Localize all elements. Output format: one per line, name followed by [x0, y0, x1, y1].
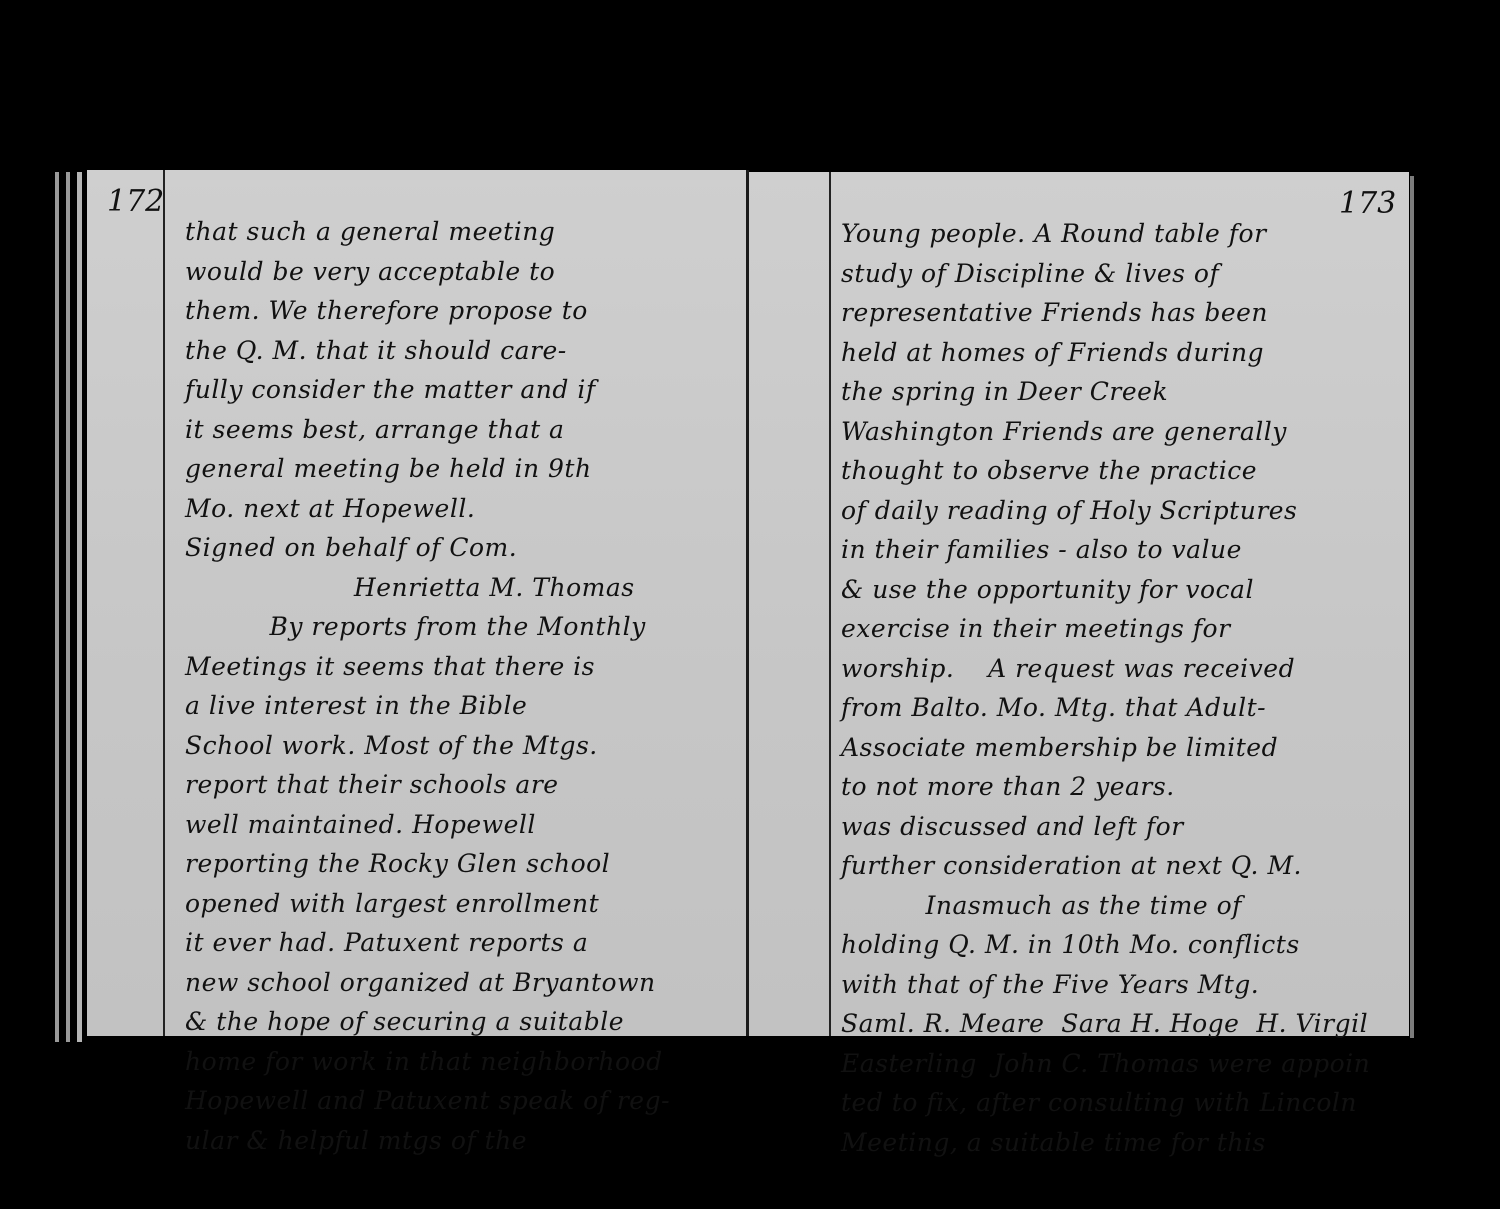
text-line: Associate membership be limited: [841, 728, 1370, 768]
text-line: report that their schools are: [185, 765, 670, 805]
text-line: them. We therefore propose to: [185, 291, 670, 331]
text-line: with that of the Five Years Mtg.: [841, 965, 1370, 1005]
text-line: School work. Most of the Mtgs.: [185, 726, 670, 766]
text-line: representative Friends has been: [841, 293, 1370, 333]
text-line: well maintained. Hopewell: [185, 805, 670, 845]
text-line: was discussed and left for: [841, 807, 1370, 847]
text-line: ular & helpful mtgs of the: [185, 1121, 670, 1161]
text-line: the Q. M. that it should care-: [185, 331, 670, 371]
text-line: thought to observe the practice: [841, 451, 1370, 491]
text-line: would be very acceptable to: [185, 252, 670, 292]
text-line: it ever had. Patuxent reports a: [185, 923, 670, 963]
binding-stripe: [66, 172, 70, 1042]
handwritten-text: Young people. A Round table for study of…: [841, 214, 1370, 1162]
text-line: Inasmuch as the time of: [841, 886, 1370, 926]
text-line: study of Discipline & lives of: [841, 254, 1370, 294]
binding-stripe: [55, 172, 59, 1042]
text-line: of daily reading of Holy Scriptures: [841, 491, 1370, 531]
text-line: Washington Friends are generally: [841, 412, 1370, 452]
text-line: the spring in Deer Creek: [841, 372, 1370, 412]
text-line: & use the opportunity for vocal: [841, 570, 1370, 610]
text-line: & the hope of securing a suitable: [185, 1002, 670, 1042]
right-page: 173 Young people. A Round table for stud…: [749, 172, 1409, 1036]
text-line: By reports from the Monthly: [185, 607, 670, 647]
text-line: from Balto. Mo. Mtg. that Adult-: [841, 688, 1370, 728]
text-line: holding Q. M. in 10th Mo. conflicts: [841, 925, 1370, 965]
text-line: home for work in that neighborhood: [185, 1042, 670, 1082]
text-line: Hopewell and Patuxent speak of reg-: [185, 1081, 670, 1121]
text-line: Meeting, a suitable time for this: [841, 1123, 1370, 1163]
text-line: a live interest in the Bible: [185, 686, 670, 726]
signature-line: Henrietta M. Thomas: [185, 568, 670, 608]
text-line: in their families - also to value: [841, 530, 1370, 570]
text-line: ted to fix, after consulting with Lincol…: [841, 1083, 1370, 1123]
page-number: 172: [107, 184, 164, 219]
handwritten-text: that such a general meeting would be ver…: [185, 212, 670, 1160]
binding-stripe: [77, 172, 82, 1042]
text-line: general meeting be held in 9th: [185, 449, 670, 489]
text-line: new school organized at Bryantown: [185, 963, 670, 1003]
text-line: Easterling John C. Thomas were appoin: [841, 1044, 1370, 1084]
text-line: it seems best, arrange that a: [185, 410, 670, 450]
margin-rule: [163, 170, 165, 1036]
text-line: Saml. R. Meare Sara H. Hoge H. Virgil: [841, 1004, 1370, 1044]
text-line: further consideration at next Q. M.: [841, 846, 1370, 886]
text-line: to not more than 2 years.: [841, 767, 1370, 807]
text-line: exercise in their meetings for: [841, 609, 1370, 649]
text-line: opened with largest enrollment: [185, 884, 670, 924]
text-line: Meetings it seems that there is: [185, 647, 670, 687]
text-line: Young people. A Round table for: [841, 214, 1370, 254]
text-line: fully consider the matter and if: [185, 370, 670, 410]
text-line: Signed on behalf of Com.: [185, 528, 670, 568]
text-line: Mo. next at Hopewell.: [185, 489, 670, 529]
text-line: that such a general meeting: [185, 212, 670, 252]
margin-rule: [829, 172, 831, 1036]
text-line: reporting the Rocky Glen school: [185, 844, 670, 884]
left-page: 172 that such a general meeting would be…: [87, 170, 748, 1036]
page-edge-strip: [1410, 176, 1414, 1038]
text-line: held at homes of Friends during: [841, 333, 1370, 373]
text-line: worship. A request was received: [841, 649, 1370, 689]
